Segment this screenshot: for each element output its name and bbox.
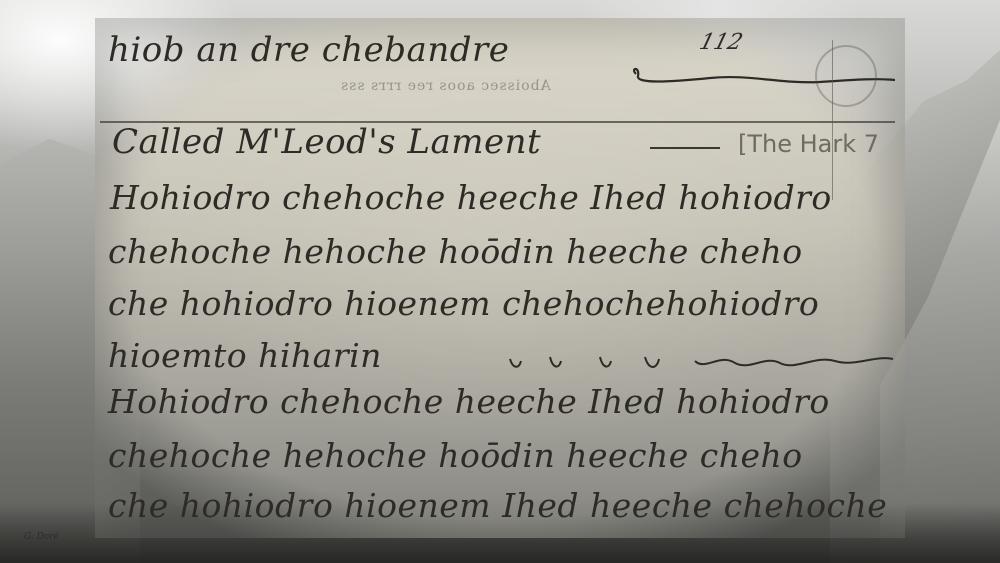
manuscript-header-line: hiob an dre chebandre bbox=[108, 30, 509, 70]
lyric-line: che hohiodro hioenem Ihed heeche chehoch… bbox=[108, 486, 887, 525]
stamp-mark bbox=[815, 45, 877, 107]
song-title: Called M'Leod's Lament bbox=[112, 122, 541, 162]
lyric-line: che hohiodro hioenem chehochehohiodro bbox=[108, 284, 819, 323]
lyric-line: chehoche hehoche hoōdin heeche cheho bbox=[108, 232, 803, 271]
lyric-line: chehoche hehoche hoōdin heeche cheho bbox=[108, 436, 803, 475]
page-number: 112 bbox=[697, 30, 746, 55]
lyric-line: Hohiodro chehoche heeche Ihed hohiodro bbox=[108, 382, 830, 421]
margin-line bbox=[832, 40, 833, 200]
margin-annotation: [The Hark 7 bbox=[738, 130, 879, 158]
squiggle-ditto-marks-icon bbox=[505, 345, 895, 375]
artist-signature: G. Doré bbox=[24, 532, 59, 542]
lyric-line: hioemto hiharin bbox=[108, 336, 382, 375]
manuscript-stage: G. Doré hiob an dre chebandre 112 Aboiss… bbox=[0, 0, 1000, 563]
title-underline bbox=[650, 147, 720, 149]
lyric-line: Hohiodro chehoche heeche Ihed hohiodro bbox=[110, 178, 832, 217]
bleed-through-text: Aboissec aoos ree rrrs sss bbox=[340, 78, 551, 94]
